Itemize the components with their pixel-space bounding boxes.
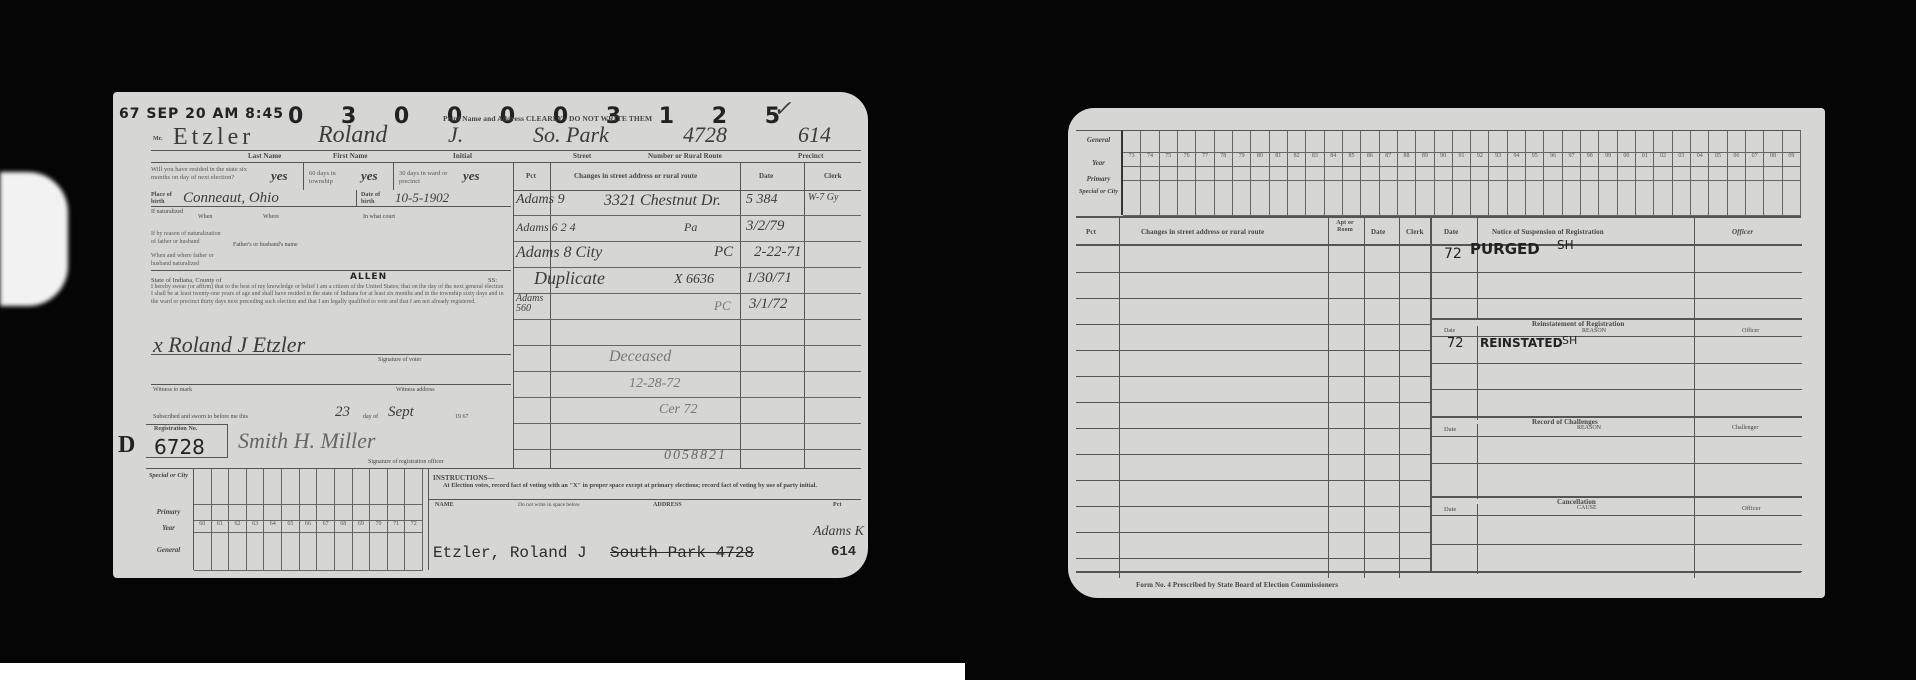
- row-label-special: Special or City: [146, 472, 191, 480]
- residence-answer-precinct: yes: [463, 168, 480, 184]
- back-header-apt: Apt or Room: [1330, 220, 1360, 234]
- row-change: X 6636: [674, 272, 714, 288]
- year-cell: 04: [1691, 153, 1709, 167]
- initial-label: Initial: [453, 152, 472, 160]
- form-footer: Form No. 4 Prescribed by State Board of …: [1136, 581, 1338, 589]
- row-label-special: Special or City: [1076, 188, 1121, 196]
- reinstatement-reason-label: REASON: [1582, 328, 1606, 334]
- initial-value: J.: [448, 122, 463, 148]
- reinstatement-date-label: Date: [1444, 328, 1455, 334]
- table-row: 0058821: [514, 450, 861, 468]
- row-date: 3/1/72: [749, 296, 787, 313]
- year-cell: 65: [282, 521, 300, 533]
- year-cell: 73: [1123, 153, 1141, 167]
- residence-answer-township: yes: [361, 168, 378, 184]
- year-cell: 60: [194, 521, 212, 533]
- year-cell: 03: [1673, 153, 1691, 167]
- year-cell: 98: [1581, 153, 1599, 167]
- changes-header-pct: Pct: [526, 172, 536, 180]
- officer-signature-label: Signature of registration officer: [368, 459, 444, 465]
- court-label: In what court: [363, 214, 395, 220]
- reinstatement-officer-label: Officer: [1742, 328, 1759, 334]
- year-cell: 83: [1306, 153, 1324, 167]
- table-row: Deceased: [514, 346, 861, 372]
- row-label-primary: Primary: [1076, 175, 1121, 183]
- year-cell: 84: [1325, 153, 1343, 167]
- county-suffix: SS:: [488, 277, 497, 284]
- suspension-entry-officer: SH: [1557, 238, 1574, 252]
- challenges-reason-label: REASON: [1577, 425, 1601, 431]
- year-cell: 70: [370, 521, 388, 533]
- mr-label: Mr.: [153, 136, 163, 142]
- year-cell: 80: [1251, 153, 1269, 167]
- year-cell: 99: [1599, 153, 1617, 167]
- date-of-birth-label: Date of birth: [361, 192, 389, 206]
- year-cell: 94: [1508, 153, 1526, 167]
- day-of-label: day of: [363, 414, 378, 420]
- row-date: 2-22-71: [754, 244, 802, 261]
- precinct-label: Precinct: [798, 152, 824, 160]
- year-cell: 06: [1728, 153, 1746, 167]
- year-cell: 93: [1489, 153, 1507, 167]
- back-header-date: Date: [1371, 228, 1385, 236]
- challenges-date-label: Date: [1444, 426, 1456, 433]
- footer-address-label: ADDRESS: [653, 502, 682, 508]
- row-clerk: W-7 Gy: [808, 192, 838, 203]
- suspension-entry-date: 72: [1444, 246, 1462, 262]
- year-cell: 87: [1380, 153, 1398, 167]
- vote-grid-labels-left: Special or City Primary Year General: [146, 468, 191, 570]
- year-cell: 01: [1636, 153, 1654, 167]
- row-label-general: General: [146, 546, 191, 554]
- row-change: 12-28-72: [629, 376, 680, 392]
- number-value: 4728: [683, 122, 727, 148]
- table-row: Duplicate X 6636 1/30/71: [514, 268, 861, 294]
- number-label: Number or Rural Route: [648, 152, 722, 160]
- parent-where-label: When and where father or husband natural…: [151, 252, 226, 268]
- subscribed-year: 19 67: [455, 414, 469, 420]
- changes-header-date: Date: [759, 172, 773, 180]
- where-label: Where: [263, 214, 279, 220]
- reinstatement-entry-date: 72: [1447, 336, 1464, 351]
- registration-number-label: Registration No.: [154, 426, 198, 432]
- subscribed-month: Sept: [388, 404, 414, 421]
- year-cell: 64: [264, 521, 282, 533]
- table-row: Adams 8 City PC 2-22-71: [514, 242, 861, 268]
- typed-name: Etzler, Roland J: [433, 544, 587, 562]
- year-cell: 85: [1343, 153, 1361, 167]
- first-name-value: Roland: [318, 122, 387, 149]
- year-cell: 92: [1471, 153, 1489, 167]
- year-cell: 72: [405, 521, 423, 533]
- naturalized-label: If naturalized: [151, 209, 183, 215]
- residence-question-state: Will you have resided in the state six m…: [151, 166, 266, 182]
- row-date: 5 384: [746, 192, 778, 208]
- last-name-value: Etzler: [173, 124, 254, 151]
- footer-pct-label: Pct: [833, 502, 842, 508]
- table-row: 12-28-72: [514, 372, 861, 398]
- row-change: PC: [714, 244, 733, 261]
- footer-precinct: 614: [831, 544, 856, 560]
- year-cell: 97: [1563, 153, 1581, 167]
- year-cell: 91: [1453, 153, 1471, 167]
- registration-card-front: 67 SEP 20 AM 8:45 0 3 0 0 0 0 3 1 2 5 Pr…: [113, 92, 868, 578]
- table-row: Adams 6 2 4 Pa 3/2/79: [514, 216, 861, 242]
- suspension-title: Notice of Suspension of Registration: [1492, 228, 1604, 236]
- voter-signature-label: Signature of voter: [378, 357, 421, 363]
- table-row: Cer 72: [514, 398, 861, 424]
- subscribed-label: Subscribed and sworn to before me this: [153, 414, 248, 420]
- cancellation-officer-label: Officer: [1742, 505, 1761, 512]
- row-pct: Adams 6 2 4: [516, 220, 576, 235]
- year-cell: 82: [1288, 153, 1306, 167]
- street-value: So. Park: [533, 122, 609, 148]
- year-cell: 02: [1654, 153, 1672, 167]
- status-sections: Date Notice of Suspension of Registratio…: [1432, 218, 1802, 578]
- registration-card-back: General Year Primary Special or City 73 …: [1068, 108, 1825, 598]
- instructions-title: INSTRUCTIONS—: [433, 474, 495, 482]
- back-header-pct: Pct: [1086, 228, 1096, 236]
- oath-text: I hereby swear (or affirm) that to the b…: [151, 284, 506, 306]
- when-label: When: [198, 214, 212, 220]
- cancellation-cause-label: CAUSE: [1577, 505, 1597, 511]
- suspension-date-label: Date: [1444, 228, 1458, 236]
- year-cell: 96: [1544, 153, 1562, 167]
- back-changes-table: Pct Changes in street address or rural r…: [1076, 218, 1430, 578]
- year-cell: 76: [1178, 153, 1196, 167]
- changes-header-clerk: Clerk: [824, 172, 842, 180]
- father-name-label: Father's or husband's name: [233, 242, 298, 248]
- reinstatement-entry-status: REINSTATED: [1480, 336, 1563, 350]
- row-pct: Duplicate: [534, 268, 605, 289]
- cancellation-date-label: Date: [1444, 506, 1456, 513]
- footer-note: Adams K: [813, 524, 864, 540]
- row-label-year: Year: [1076, 159, 1121, 167]
- row-label-general: General: [1076, 136, 1121, 144]
- county-prefix: State of Indiana, County of: [151, 277, 222, 284]
- year-cell: 90: [1435, 153, 1453, 167]
- suspension-officer-label: Officer: [1732, 228, 1753, 236]
- year-cell: 66: [300, 521, 318, 533]
- vote-history-grid-left: 60 61 62 63 64 65 66 67 68 69 70 71 72: [193, 468, 423, 570]
- year-cell: 77: [1196, 153, 1214, 167]
- year-cell: 89: [1416, 153, 1434, 167]
- received-stamp: 67 SEP 20 AM 8:45: [119, 106, 284, 122]
- row-pct: Adams 9: [516, 192, 565, 208]
- row-change: Cer 72: [659, 402, 698, 418]
- first-name-label: First Name: [333, 152, 368, 160]
- year-cell: 74: [1141, 153, 1159, 167]
- year-cell: 08: [1764, 153, 1782, 167]
- row-label-year: Year: [146, 524, 191, 532]
- county-value: ALLEN: [350, 272, 387, 282]
- year-cell: 09: [1783, 153, 1801, 167]
- year-cell: 69: [353, 521, 371, 533]
- district-letter: D: [118, 432, 135, 459]
- place-of-birth-value: Conneaut, Ohio: [183, 190, 279, 207]
- row-label-primary: Primary: [146, 508, 191, 516]
- suspension-entry-status: PURGED: [1470, 240, 1540, 258]
- scan-edge-strip: [0, 663, 965, 680]
- challenges-challenger-label: Challenger: [1732, 425, 1758, 431]
- year-cell: 71: [388, 521, 406, 533]
- table-row: [514, 320, 861, 346]
- instructions-text: At Election votes, record fact of voting…: [443, 482, 853, 490]
- row-change: 0058821: [664, 448, 727, 464]
- witness-address-label: Witness address: [396, 387, 435, 393]
- officer-signature: Smith H. Miller: [238, 428, 376, 454]
- check-mark-icon: ✓: [773, 96, 791, 122]
- residence-answer-state: yes: [271, 168, 288, 184]
- street-label: Street: [573, 152, 591, 160]
- year-cell: 81: [1270, 153, 1288, 167]
- residence-question-township: 60 days in township: [309, 170, 359, 186]
- year-cell: 88: [1398, 153, 1416, 167]
- year-cell: 67: [317, 521, 335, 533]
- parent-naturalization-label: If by reason of naturalization of father…: [151, 230, 226, 246]
- vote-history-grid-right: 73 74 75 76 77 78 79 80 81 82 83 84 85 8…: [1121, 130, 1801, 215]
- scanner-glare: [0, 172, 68, 306]
- table-row: [514, 424, 861, 450]
- reinstatement-entry-officer: SH: [1562, 334, 1577, 347]
- year-cell: 78: [1215, 153, 1233, 167]
- year-cell: 79: [1233, 153, 1251, 167]
- changes-header-change: Changes in street address or rural route: [574, 172, 697, 180]
- year-cell: 61: [212, 521, 230, 533]
- table-row: Adams 9 3321 Chestnut Dr. 5 384 W-7 Gy: [514, 190, 861, 216]
- footer-do-not-write: Do not write in space below: [518, 502, 580, 508]
- year-cell: 05: [1709, 153, 1727, 167]
- residence-question-precinct: 30 days in ward or precinct: [399, 170, 459, 186]
- address-changes-table: Pct Changes in street address or rural r…: [514, 162, 861, 468]
- year-cell: 75: [1160, 153, 1178, 167]
- back-header-clerk: Clerk: [1406, 228, 1424, 236]
- year-cell: 07: [1746, 153, 1764, 167]
- footer-name-label: NAME: [435, 502, 454, 508]
- row-change: PC: [714, 298, 731, 314]
- year-cell: 00: [1618, 153, 1636, 167]
- year-cell: 86: [1361, 153, 1379, 167]
- row-date: 3/2/79: [746, 218, 784, 235]
- reinstatement-title: Reinstatement of Registration: [1532, 320, 1624, 328]
- registration-number-box: Registration No. 6728: [146, 424, 228, 458]
- vote-grid-labels-right: General Year Primary Special or City: [1076, 130, 1121, 215]
- typed-address: South Park 4728: [610, 544, 754, 562]
- precinct-value: 614: [798, 122, 831, 148]
- back-header-change: Changes in street address or rural route: [1141, 228, 1264, 236]
- place-of-birth-label: Place of birth: [151, 192, 179, 206]
- row-change: Pa: [684, 220, 697, 235]
- row-pct: Adams 560: [516, 294, 546, 314]
- date-of-birth-value: 10-5-1902: [395, 190, 449, 206]
- year-cell: 68: [335, 521, 353, 533]
- row-change: 3321 Chestnut Dr.: [604, 192, 721, 210]
- registration-number-value: 6728: [154, 435, 205, 459]
- last-name-label: Last Name: [248, 152, 281, 160]
- row-date: 1/30/71: [746, 270, 792, 287]
- witness-mark-label: Witness to mark: [153, 387, 192, 393]
- subscribed-day: 23: [335, 404, 350, 421]
- row-pct: Adams 8 City: [516, 244, 602, 262]
- year-cell: 62: [229, 521, 247, 533]
- row-change: Deceased: [609, 348, 671, 366]
- year-cell: 95: [1526, 153, 1544, 167]
- table-row: Adams 560 PC 3/1/72: [514, 294, 861, 320]
- year-cell: 63: [247, 521, 265, 533]
